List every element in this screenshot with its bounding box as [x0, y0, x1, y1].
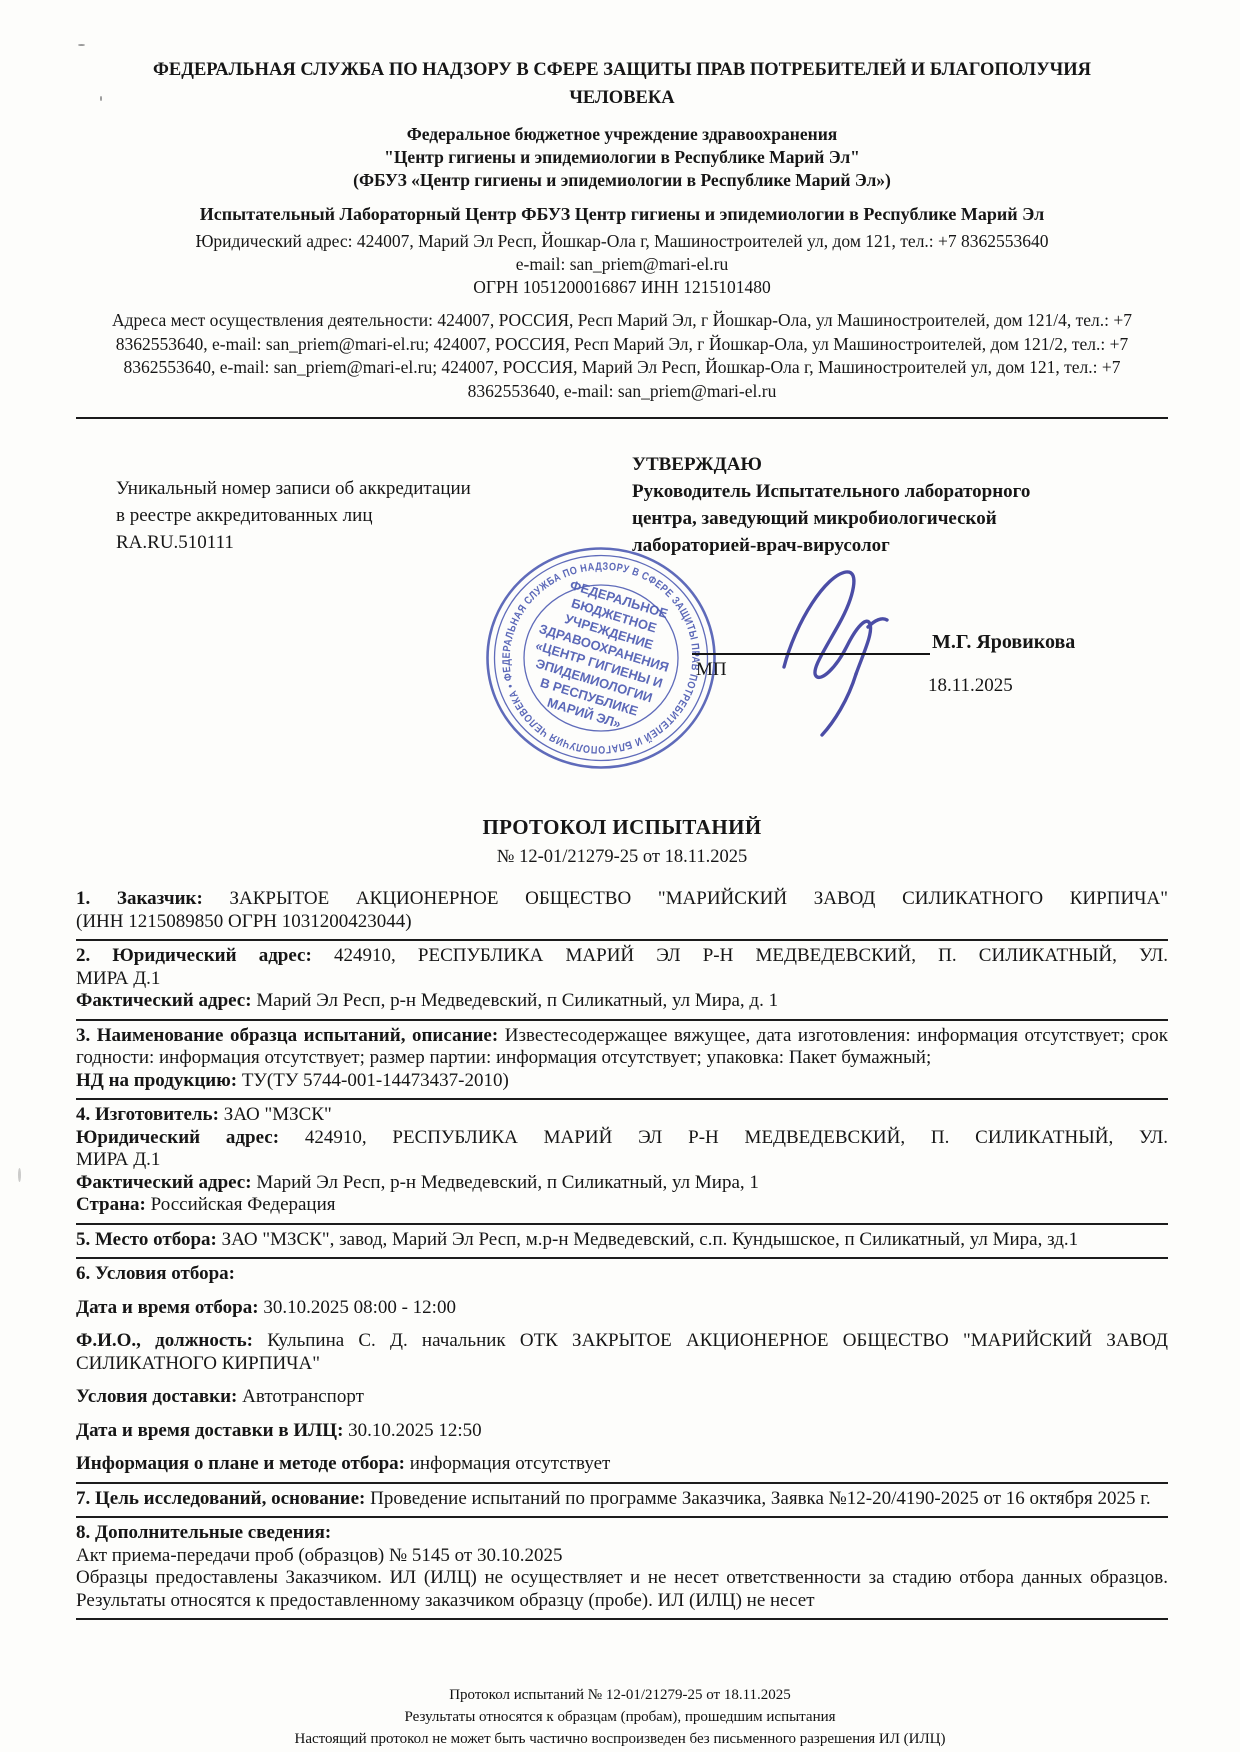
sampling-plan-label: Информация о плане и методе отбора:	[76, 1453, 405, 1474]
country-value: Российская Федерация	[151, 1194, 336, 1215]
scan-artifact	[18, 1168, 21, 1182]
delivery-conditions-row: Условия доставки: Автотранспорт	[76, 1386, 1168, 1409]
org-line1: Федеральное бюджетное учреждение здравоо…	[76, 123, 1168, 146]
section-customer: 1. Заказчик: ЗАКРЫТОЕ АКЦИОНЕРНОЕ ОБЩЕСТ…	[76, 884, 1168, 941]
delivery-datetime-value: 30.10.2025 12:50	[348, 1420, 482, 1441]
legal-address-line2: МИРА Д.1	[76, 968, 1168, 991]
official-stamp: ФЕДЕРАЛЬНАЯ СЛУЖБА ПО НАДЗОРУ В СФЕРЕ ЗА…	[484, 545, 718, 771]
footer-results-note: Результаты относятся к образцам (пробам)…	[0, 1706, 1240, 1728]
approval-date: 18.11.2025	[928, 675, 1013, 697]
signature-line	[692, 653, 930, 655]
activity-addresses: Адреса мест осуществления деятельности: …	[76, 309, 1168, 403]
approver-name: М.Г. Яровикова	[932, 631, 1075, 654]
mp-label: МП	[696, 659, 727, 681]
section-additional-info: 8. Дополнительные сведения: Акт приема-п…	[76, 1518, 1168, 1620]
accreditation-line1: Уникальный номер записи об аккредитации	[116, 475, 546, 502]
org-line2: "Центр гигиены и эпидемиологии в Республ…	[76, 146, 1168, 169]
legal-address: Юридический адрес: 424007, Марий Эл Респ…	[76, 230, 1168, 253]
accreditation-line2: в реестре аккредитованных лиц	[116, 502, 546, 529]
email-line: e-mail: san_priem@mari-el.ru	[76, 253, 1168, 276]
document-page: ФЕДЕРАЛЬНАЯ СЛУЖБА ПО НАДЗОРУ В СФЕРЕ ЗА…	[0, 0, 1240, 1752]
organization-name: Федеральное бюджетное учреждение здравоо…	[76, 123, 1168, 192]
document-header: ФЕДЕРАЛЬНАЯ СЛУЖБА ПО НАДЗОРУ В СФЕРЕ ЗА…	[76, 56, 1168, 403]
scan-artifact	[100, 96, 102, 101]
sampler-row: Ф.И.О., должность: Кульпина С. Д. началь…	[76, 1330, 1168, 1375]
agency-line1: ФЕДЕРАЛЬНАЯ СЛУЖБА ПО НАДЗОРУ В СФЕРЕ ЗА…	[76, 56, 1168, 84]
manufacturer-legal-label: Юридический адрес:	[76, 1127, 279, 1148]
section-legal-address: 2. Юридический адрес: 424910, РЕСПУБЛИКА…	[76, 941, 1168, 1021]
section-sampling-place: 5. Место отбора: ЗАО "МЗСК", завод, Мари…	[76, 1225, 1168, 1260]
org-line3: (ФБУЗ «Центр гигиены и эпидемиологии в Р…	[76, 169, 1168, 192]
protocol-number: № 12-01/21279-25 от 18.11.2025	[76, 847, 1168, 868]
scan-artifact	[78, 44, 85, 46]
protocol-title: ПРОТОКОЛ ИСПЫТАНИЙ	[76, 815, 1168, 840]
sampling-datetime-row: Дата и время отбора: 30.10.2025 08:00 - …	[76, 1297, 1168, 1320]
additional-info-label: 8. Дополнительные сведения:	[76, 1522, 1168, 1545]
country-label: Страна:	[76, 1194, 146, 1215]
footer-reproduction-note: Настоящий протокол не может быть частичн…	[0, 1728, 1240, 1750]
footer-protocol-ref: Протокол испытаний № 12-01/21279-25 от 1…	[0, 1684, 1240, 1706]
approval-column: УТВЕРЖДАЮ Руководитель Испытательного ла…	[632, 451, 1034, 559]
section-sampling-conditions: 6. Условия отбора: Дата и время отбора: …	[76, 1259, 1168, 1484]
manufacturer-legal-line2: МИРА Д.1	[76, 1149, 1168, 1172]
agency-name: ФЕДЕРАЛЬНАЯ СЛУЖБА ПО НАДЗОРУ В СФЕРЕ ЗА…	[76, 56, 1168, 112]
legal-address-label: 2. Юридический адрес:	[76, 945, 312, 966]
manufacturer-fact-label: Фактический адрес:	[76, 1172, 252, 1193]
approval-block: Уникальный номер записи об аккредитации …	[76, 419, 1168, 805]
sampling-plan-value: информация отсутствует	[410, 1453, 611, 1474]
section-purpose: 7. Цель исследований, основание: Проведе…	[76, 1484, 1168, 1519]
purpose-value: Проведение испытаний по программе Заказч…	[370, 1488, 1150, 1509]
page-footer: Протокол испытаний № 12-01/21279-25 от 1…	[0, 1684, 1240, 1750]
section-customer-value: ЗАКРЫТОЕ АКЦИОНЕРНОЕ ОБЩЕСТВО "МАРИЙСКИЙ…	[230, 888, 1168, 909]
section-manufacturer: 4. Изготовитель: ЗАО "МЗСК" Юридический …	[76, 1100, 1168, 1225]
manufacturer-value: ЗАО "МЗСК"	[224, 1104, 332, 1125]
accreditation-block: Уникальный номер записи об аккредитации …	[116, 475, 546, 556]
manufacturer-fact-value: Марий Эл Респ, р-н Медведевский, п Силик…	[256, 1172, 759, 1193]
sampling-plan-row: Информация о плане и методе отбора: инфо…	[76, 1453, 1168, 1476]
delivery-datetime-row: Дата и время доставки в ИЛЦ: 30.10.2025 …	[76, 1420, 1168, 1443]
fact-address-label: Фактический адрес:	[76, 990, 252, 1011]
additional-note: Образцы предоставлены Заказчиком. ИЛ (ИЛ…	[76, 1567, 1168, 1612]
legal-address-value: 424910, РЕСПУБЛИКА МАРИЙ ЭЛ Р-Н МЕДВЕДЕВ…	[334, 945, 1168, 966]
accreditation-number: RA.RU.510111	[116, 529, 546, 556]
delivery-conditions-label: Условия доставки:	[76, 1386, 237, 1407]
signature	[754, 557, 934, 737]
delivery-conditions-value: Автотранспорт	[242, 1386, 364, 1407]
sampling-place-label: 5. Место отбора:	[76, 1229, 217, 1250]
nd-value: ТУ(ТУ 5744-001-14473437-2010)	[242, 1070, 509, 1091]
sampling-place-value: ЗАО "МЗСК", завод, Марий Эл Респ, м.р-н …	[222, 1229, 1079, 1250]
protocol-sections: 1. Заказчик: ЗАКРЫТОЕ АКЦИОНЕРНОЕ ОБЩЕСТ…	[76, 884, 1168, 1620]
section-customer-inn: (ИНН 1215089850 ОГРН 1031200423044)	[76, 911, 1168, 934]
purpose-label: 7. Цель исследований, основание:	[76, 1488, 365, 1509]
sampling-datetime-label: Дата и время отбора:	[76, 1297, 259, 1318]
sampler-label: Ф.И.О., должность:	[76, 1330, 253, 1351]
sampling-conditions-label: 6. Условия отбора:	[76, 1263, 1168, 1286]
section-customer-label: 1. Заказчик:	[76, 888, 203, 909]
ogrn-inn-line: ОГРН 1051200016867 ИНН 1215101480	[76, 276, 1168, 299]
manufacturer-legal-value: 424910, РЕСПУБЛИКА МАРИЙ ЭЛ Р-Н МЕДВЕДЕВ…	[305, 1127, 1168, 1148]
transfer-act-line: Акт приема-передачи проб (образцов) № 51…	[76, 1545, 1168, 1568]
lab-center-name: Испытательный Лабораторный Центр ФБУЗ Це…	[76, 202, 1168, 226]
approval-title: УТВЕРЖДАЮ	[632, 451, 1034, 478]
delivery-datetime-label: Дата и время доставки в ИЛЦ:	[76, 1420, 343, 1441]
fact-address-value: Марий Эл Респ, р-н Медведевский, п Силик…	[256, 990, 778, 1011]
section-sample: 3. Наименование образца испытаний, описа…	[76, 1021, 1168, 1101]
agency-line2: ЧЕЛОВЕКА	[76, 84, 1168, 112]
sampling-datetime-value: 30.10.2025 08:00 - 12:00	[263, 1297, 456, 1318]
nd-label: НД на продукцию:	[76, 1070, 237, 1091]
sample-label: 3. Наименование образца испытаний, описа…	[76, 1025, 498, 1046]
manufacturer-label: 4. Изготовитель:	[76, 1104, 219, 1125]
stamp-center-text: ФЕДЕРАЛЬНОЕ БЮДЖЕТНОЕ УЧРЕЖДЕНИЕ ЗДРАВОО…	[518, 572, 686, 740]
